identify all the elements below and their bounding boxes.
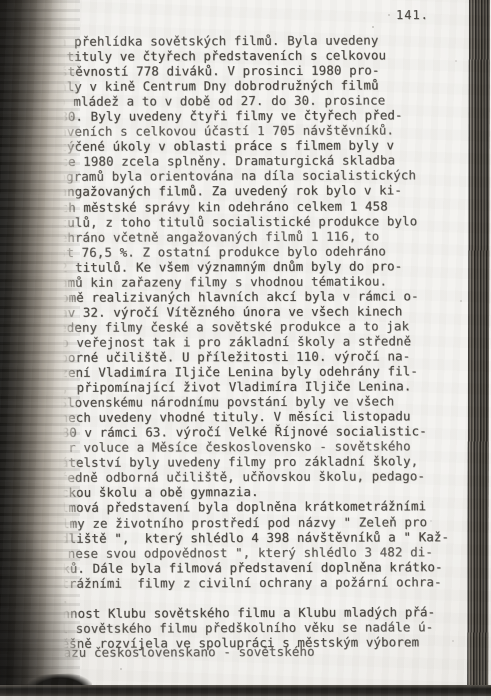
text-line: programů byla orientována na díla social… bbox=[43, 168, 463, 185]
text-line: metrážními filmy z civilní ochrany a pož… bbox=[46, 574, 466, 591]
page-number: 141. bbox=[396, 8, 429, 22]
page-edge-right bbox=[467, 0, 490, 692]
text-line: filmy ze životního prostředí pod názvy "… bbox=[47, 514, 467, 531]
text-line: pro veřejnost tak i pro základní školy a… bbox=[46, 333, 466, 350]
scanned-page: 141. ána přehlídka sovětských filmů. Byl… bbox=[0, 0, 491, 700]
text-line: ávštěvností 778 diváků. V prosinci 1980 … bbox=[45, 62, 465, 79]
scan-noise bbox=[0, 0, 2, 2]
text-line: staveních s celkovou účastí 1 705 návště… bbox=[44, 122, 464, 139]
text-line: K Slovenskému národnímu povstání byly ve… bbox=[44, 393, 464, 410]
text-line: středně odborná učiliště, učňovskou škol… bbox=[45, 468, 465, 485]
scan-background-strip bbox=[0, 696, 491, 700]
book-bottom-edge bbox=[0, 685, 491, 696]
text-line: Kromě realizivaných hlavních akcí byla v… bbox=[46, 288, 466, 305]
text-line: Svazu československano - sovětského bbox=[48, 643, 468, 660]
book-corner-shadow bbox=[26, 673, 93, 693]
text-line: ána přehlídka sovětských filmů. Byla uve… bbox=[44, 32, 464, 49]
document-text: ána přehlídka sovětských filmů. Byla uve… bbox=[44, 32, 467, 660]
text-line: jest 76,5 %. Z ostatní produkce bylo ode… bbox=[44, 243, 464, 260]
